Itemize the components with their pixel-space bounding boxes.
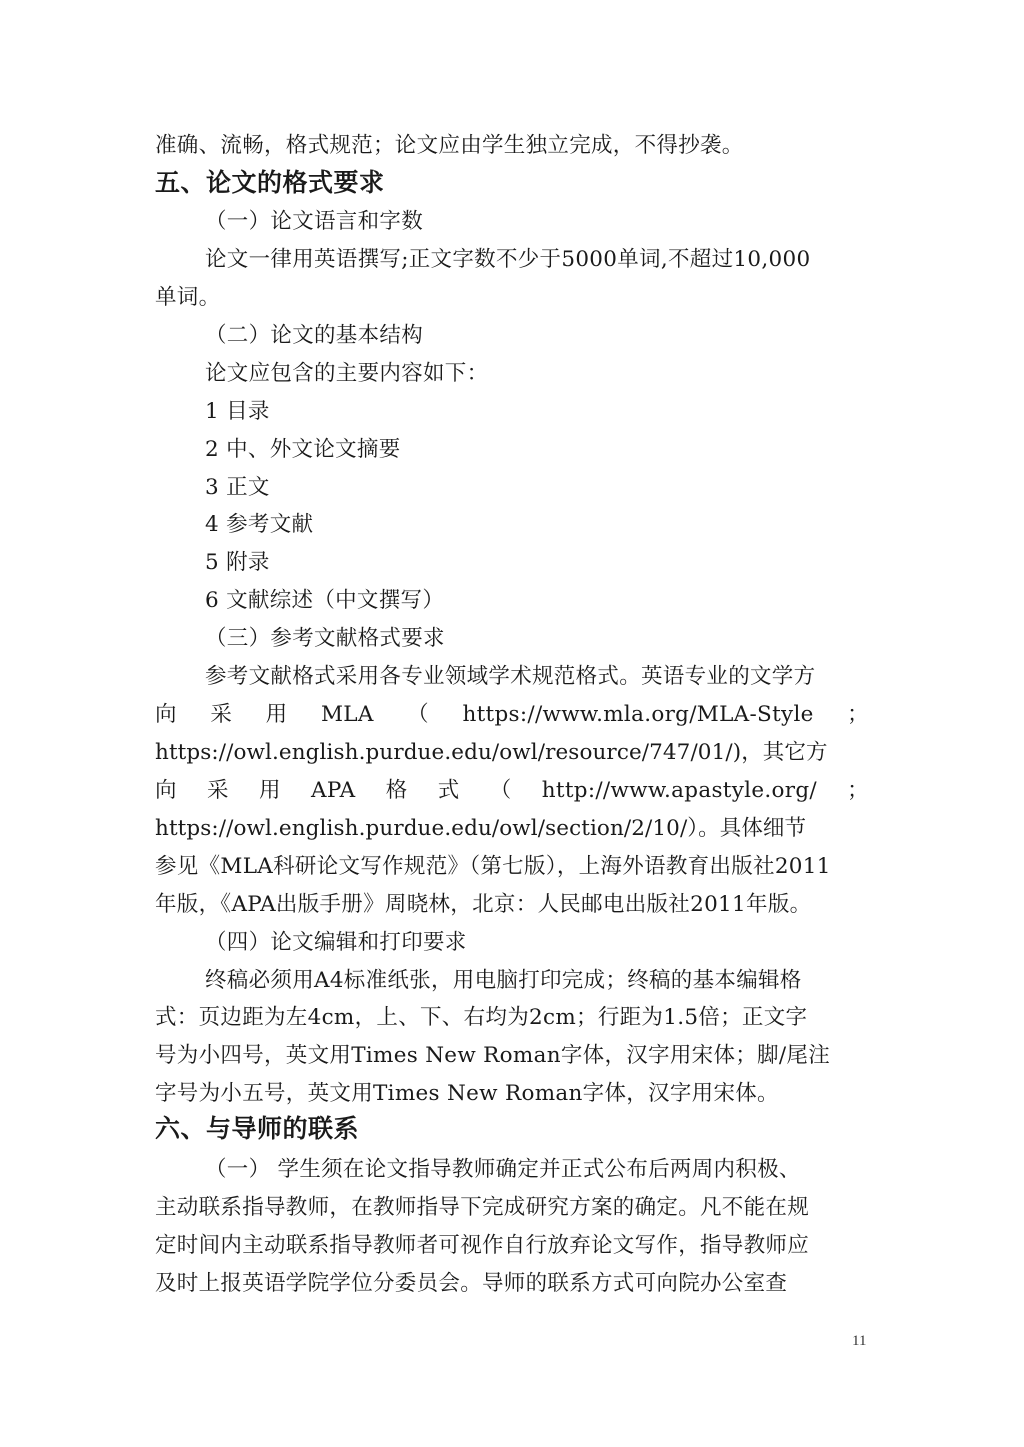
body-text-line: 定时间内主动联系指导教师者可视作自行放弃论文写作，指导教师应: [155, 1231, 869, 1261]
body-text-line: 参考文献格式采用各专业领域学术规范格式。英语专业的文学方: [205, 662, 869, 692]
list-item: 4 参考文献: [205, 510, 869, 540]
text-fragment: 用: [266, 700, 288, 730]
list-item: 5 附录: [205, 548, 869, 578]
body-text-line: 及时上报英语学院学位分委员会。导师的联系方式可向院办公室查: [155, 1269, 869, 1299]
mla-url-link[interactable]: https://www.mla.org/MLA-Style: [462, 700, 813, 730]
body-text-line: 单词。: [155, 283, 869, 313]
subsection-heading-5-3: （三）参考文献格式要求: [205, 624, 919, 654]
subsection-heading-5-2: （二）论文的基本结构: [205, 321, 919, 351]
text-fragment: 用: [259, 776, 281, 806]
page-number: 11: [852, 1333, 866, 1350]
body-text-line: 论文应包含的主要内容如下：: [205, 359, 869, 389]
body-text-line: 式：页边距为左4cm，上、下、右均为2cm；行距为1.5倍；正文字: [155, 1003, 869, 1033]
body-text-line: 论文一律用英语撰写;正文字数不少于5000单词,不超过10,000: [205, 245, 869, 275]
body-text-line: https://owl.english.purdue.edu/owl/secti…: [155, 814, 869, 844]
body-text-line: https://owl.english.purdue.edu/owl/resou…: [155, 738, 869, 768]
body-text-line-justified: 向 采 用 MLA （ https://www.mla.org/MLA-Styl…: [155, 700, 869, 730]
list-item: 6 文献综述（中文撰写）: [205, 586, 869, 616]
text-fragment: APA: [311, 776, 355, 806]
list-item: 3 正文: [205, 473, 869, 503]
text-fragment: ；: [847, 700, 869, 730]
list-item: 2 中、外文论文摘要: [205, 435, 869, 465]
text-fragment: 向: [155, 776, 177, 806]
section-heading-5: 五、论文的格式要求: [155, 167, 385, 199]
text-fragment: 采: [210, 700, 232, 730]
text-fragment: 格: [386, 776, 408, 806]
body-text-line: 字号为小五号，英文用Times New Roman字体，汉字用宋体。: [155, 1079, 869, 1109]
body-text-line: 参见《MLA科研论文写作规范》（第七版），上海外语教育出版社2011: [155, 852, 869, 882]
body-text-line: 年版，《APA出版手册》周晓林，北京：人民邮电出版社2011年版。: [155, 890, 869, 920]
text-fragment: MLA: [321, 700, 374, 730]
text-fragment: ；: [847, 776, 869, 806]
text-fragment: 向: [155, 700, 177, 730]
body-text-line: 主动联系指导教师，在教师指导下完成研究方案的确定。凡不能在规: [155, 1193, 869, 1223]
apa-url-link[interactable]: http://www.apastyle.org/: [542, 776, 817, 806]
text-fragment: 采: [207, 776, 229, 806]
body-text-line: 号为小四号，英文用Times New Roman字体，汉字用宋体；脚/尾注: [155, 1041, 869, 1071]
text-fragment: （: [490, 776, 512, 806]
body-text-line: 终稿必须用A4标准纸张，用电脑打印完成；终稿的基本编辑格: [205, 966, 869, 996]
subsection-heading-5-4: （四）论文编辑和打印要求: [205, 928, 919, 958]
section-heading-6: 六、与导师的联系: [155, 1113, 359, 1145]
text-fragment: （: [407, 700, 429, 730]
document-page: 准确、流畅，格式规范；论文应由学生独立完成，不得抄袭。 五、论文的格式要求 （一…: [0, 0, 1024, 1447]
text-fragment: 式: [438, 776, 460, 806]
list-item: 1 目录: [205, 397, 869, 427]
body-text-line: （一） 学生须在论文指导教师确定并正式公布后两周内积极、: [205, 1155, 919, 1185]
body-text-line-justified: 向 采 用 APA 格 式 （ http://www.apastyle.org/…: [155, 776, 869, 806]
subsection-heading-5-1: （一）论文语言和字数: [205, 207, 919, 237]
body-text-line: 准确、流畅，格式规范；论文应由学生独立完成，不得抄袭。: [155, 131, 869, 161]
